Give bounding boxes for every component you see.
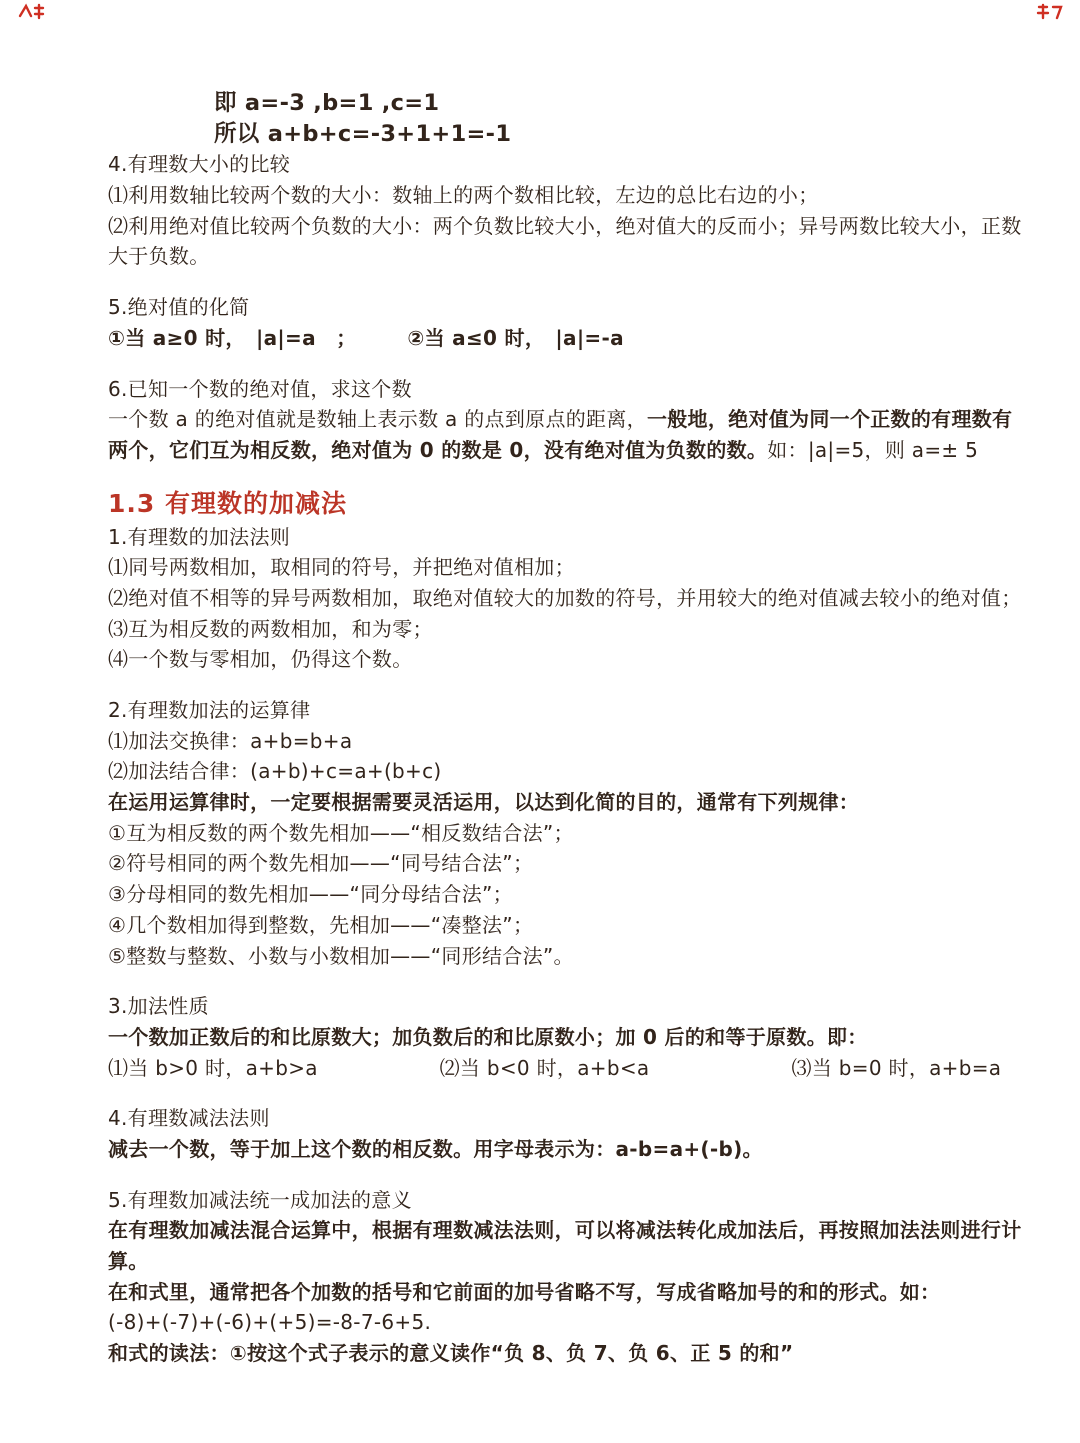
text-line: 2.有理数加法的运算律 xyxy=(108,695,992,726)
text-run: ③分母相同的数先相加——“同分母结合法”； xyxy=(108,882,513,906)
document-page: 即 a=-3 ,b=1 ,c=1所以 a+b+c=-3+1+1=-14.有理数大… xyxy=(0,0,1080,1443)
text-run: 和式的读法：①按这个式子表示的意义读作“负 8、负 7、负 6、正 5 的和” xyxy=(108,1341,793,1365)
text-line: ⑷一个数与零相加，仍得这个数。 xyxy=(108,644,992,675)
blank-line xyxy=(108,1165,992,1185)
text-run: 在有理数加减法混合运算中，根据有理数减法法则，可以将减法转化成加法后，再按照加法… xyxy=(108,1218,1022,1242)
text-run: ⑴利用数轴比较两个数的大小：数轴上的两个数相比较，左边的总比右边的小； xyxy=(108,183,819,207)
text-line: ⑵利用绝对值比较两个负数的大小：两个负数比较大小，绝对值大的反而小；异号两数比较… xyxy=(108,211,992,242)
text-line: ②符号相同的两个数先相加——“同号结合法”； xyxy=(108,848,992,879)
text-line: ⑵加法结合律：(a+b)+c=a+(b+c) xyxy=(108,756,992,787)
text-run: ②符号相同的两个数先相加——“同号结合法”； xyxy=(108,851,533,875)
text-line: 3.加法性质 xyxy=(108,991,992,1022)
text-run: 4.有理数减法法则 xyxy=(108,1106,270,1130)
text-line: ⑴加法交换律：a+b=b+a xyxy=(108,726,992,757)
text-run: ⑴同号两数相加，取相同的符号，并把绝对值相加； xyxy=(108,555,575,579)
text-run: ⑵加法结合律：(a+b)+c=a+(b+c) xyxy=(108,759,442,783)
text-line: 大于负数。 xyxy=(108,241,992,272)
text-line: (-8)+(-7)+(-6)+(+5)=-8-7-6+5. xyxy=(108,1307,992,1338)
text-line: ⑤整数与整数、小数与小数相加——“同形结合法”。 xyxy=(108,941,992,972)
text-line: 5.绝对值的化简 xyxy=(108,292,992,323)
text-run: 5.绝对值的化简 xyxy=(108,295,249,319)
text-line: ⑴当 b>0 时，a+b>a ⑵当 b<0 时，a+b<a ⑶当 b=0 时，a… xyxy=(108,1053,992,1084)
text-run: 一个数 a 的绝对值就是数轴上表示数 a 的点到原点的距离， xyxy=(108,407,647,431)
text-line: ⑴同号两数相加，取相同的符号，并把绝对值相加； xyxy=(108,552,992,583)
text-line: ①当 a≥0 时， |a|=a ； ②当 a≤0 时， |a|=-a xyxy=(108,323,992,354)
text-run: 在和式里，通常把各个加数的括号和它前面的加号省略不写，写成省略加号的和的形式。如… xyxy=(108,1280,940,1304)
text-run: ⑤整数与整数、小数与小数相加——“同形结合法”。 xyxy=(108,944,574,968)
blank-line xyxy=(108,675,992,695)
text-line: 5.有理数加减法统一成加法的意义 xyxy=(108,1185,992,1216)
text-run: 两个，它们互为相反数，绝对值为 0 的数是 0，没有绝对值为负数的数。 xyxy=(108,438,767,462)
text-run: 4.有理数大小的比较 xyxy=(108,152,290,176)
text-run: (-8)+(-7)+(-6)+(+5)=-8-7-6+5. xyxy=(108,1310,431,1334)
text-run: ⑷一个数与零相加，仍得这个数。 xyxy=(108,647,413,671)
text-run: 1.有理数的加法法则 xyxy=(108,525,290,549)
text-line: 所以 a+b+c=-3+1+1=-1 xyxy=(108,119,992,150)
blank-line xyxy=(108,354,992,374)
text-run: ⑴当 b>0 时，a+b>a ⑵当 b<0 时，a+b<a ⑶当 b=0 时，a… xyxy=(108,1056,1001,1080)
text-line: 一个数 a 的绝对值就是数轴上表示数 a 的点到原点的距离，一般地，绝对值为同一… xyxy=(108,404,992,435)
text-run: 如：|a|=5，则 a=± 5 xyxy=(767,438,978,462)
blank-line xyxy=(108,971,992,991)
text-line: ⑶互为相反数的两数相加，和为零； xyxy=(108,614,992,645)
text-line: 6.已知一个数的绝对值，求这个数 xyxy=(108,374,992,405)
text-line: ⑵绝对值不相等的异号两数相加，取绝对值较大的加数的符号，并用较大的绝对值减去较小… xyxy=(108,583,992,614)
text-run: 在运用运算律时，一定要根据需要灵活运用，以达到化简的目的，通常有下列规律： xyxy=(108,790,859,814)
text-run: 一个数加正数后的和比原数大；加负数后的和比原数小；加 0 后的和等于原数。即： xyxy=(108,1025,868,1049)
text-run: 6.已知一个数的绝对值，求这个数 xyxy=(108,377,412,401)
text-line: 和式的读法：①按这个式子表示的意义读作“负 8、负 7、负 6、正 5 的和” xyxy=(108,1338,992,1369)
text-line: 两个，它们互为相反数，绝对值为 0 的数是 0，没有绝对值为负数的数。如：|a|… xyxy=(108,435,992,466)
text-line: 一个数加正数后的和比原数大；加负数后的和比原数小；加 0 后的和等于原数。即： xyxy=(108,1022,992,1053)
blank-line xyxy=(108,272,992,292)
text-line: 4.有理数大小的比较 xyxy=(108,149,992,180)
text-run: 所以 a+b+c=-3+1+1=-1 xyxy=(214,121,511,147)
text-line: 算。 xyxy=(108,1246,992,1277)
text-line: ④几个数相加得到整数，先相加——“凑整法”； xyxy=(108,910,992,941)
text-line: 在运用运算律时，一定要根据需要灵活运用，以达到化简的目的，通常有下列规律： xyxy=(108,787,992,818)
text-line: 即 a=-3 ,b=1 ,c=1 xyxy=(108,88,992,119)
blank-line xyxy=(108,1083,992,1103)
text-run: 一般地，绝对值为同一个正数的有理数有 xyxy=(647,407,1012,431)
text-run: ⑴加法交换律：a+b=b+a xyxy=(108,729,352,753)
text-run: ④几个数相加得到整数，先相加——“凑整法”； xyxy=(108,913,533,937)
text-run: 即 a=-3 ,b=1 ,c=1 xyxy=(214,90,439,116)
text-line: ③分母相同的数先相加——“同分母结合法”； xyxy=(108,879,992,910)
red-corner-mark-left-icon xyxy=(16,3,46,21)
section-heading: 1.3 有理数的加减法 xyxy=(108,486,992,522)
text-run: ⑵利用绝对值比较两个负数的大小：两个负数比较大小，绝对值大的反而小；异号两数比较… xyxy=(108,214,1022,238)
text-run: 5.有理数加减法统一成加法的意义 xyxy=(108,1188,412,1212)
text-run: 3.加法性质 xyxy=(108,994,209,1018)
text-line: ⑴利用数轴比较两个数的大小：数轴上的两个数相比较，左边的总比右边的小； xyxy=(108,180,992,211)
blank-line xyxy=(108,466,992,486)
text-line: 在和式里，通常把各个加数的括号和它前面的加号省略不写，写成省略加号的和的形式。如… xyxy=(108,1277,992,1308)
text-run: ⑶互为相反数的两数相加，和为零； xyxy=(108,617,433,641)
text-line: 减去一个数，等于加上这个数的相反数。用字母表示为：a-b=a+(-b)。 xyxy=(108,1134,992,1165)
text-line: ①互为相反数的两个数先相加——“相反数结合法”； xyxy=(108,818,992,849)
red-corner-mark-right-icon xyxy=(1034,3,1064,21)
text-line: 1.有理数的加法法则 xyxy=(108,522,992,553)
text-line: 在有理数加减法混合运算中，根据有理数减法法则，可以将减法转化成加法后，再按照加法… xyxy=(108,1215,992,1246)
text-run: ①当 a≥0 时， |a|=a ； ②当 a≤0 时， |a|=-a xyxy=(108,326,624,350)
text-run: 1.3 有理数的加减法 xyxy=(108,489,347,518)
text-run: 2.有理数加法的运算律 xyxy=(108,698,310,722)
text-run: 算。 xyxy=(108,1249,149,1273)
text-run: 大于负数。 xyxy=(108,244,210,268)
text-line: 4.有理数减法法则 xyxy=(108,1103,992,1134)
text-run: 减去一个数，等于加上这个数的相反数。用字母表示为：a-b=a+(-b)。 xyxy=(108,1137,763,1161)
text-run: ①互为相反数的两个数先相加——“相反数结合法”； xyxy=(108,821,574,845)
text-run: ⑵绝对值不相等的异号两数相加，取绝对值较大的加数的符号，并用较大的绝对值减去较小… xyxy=(108,586,1022,610)
document-content: 即 a=-3 ,b=1 ,c=1所以 a+b+c=-3+1+1=-14.有理数大… xyxy=(108,88,992,1369)
